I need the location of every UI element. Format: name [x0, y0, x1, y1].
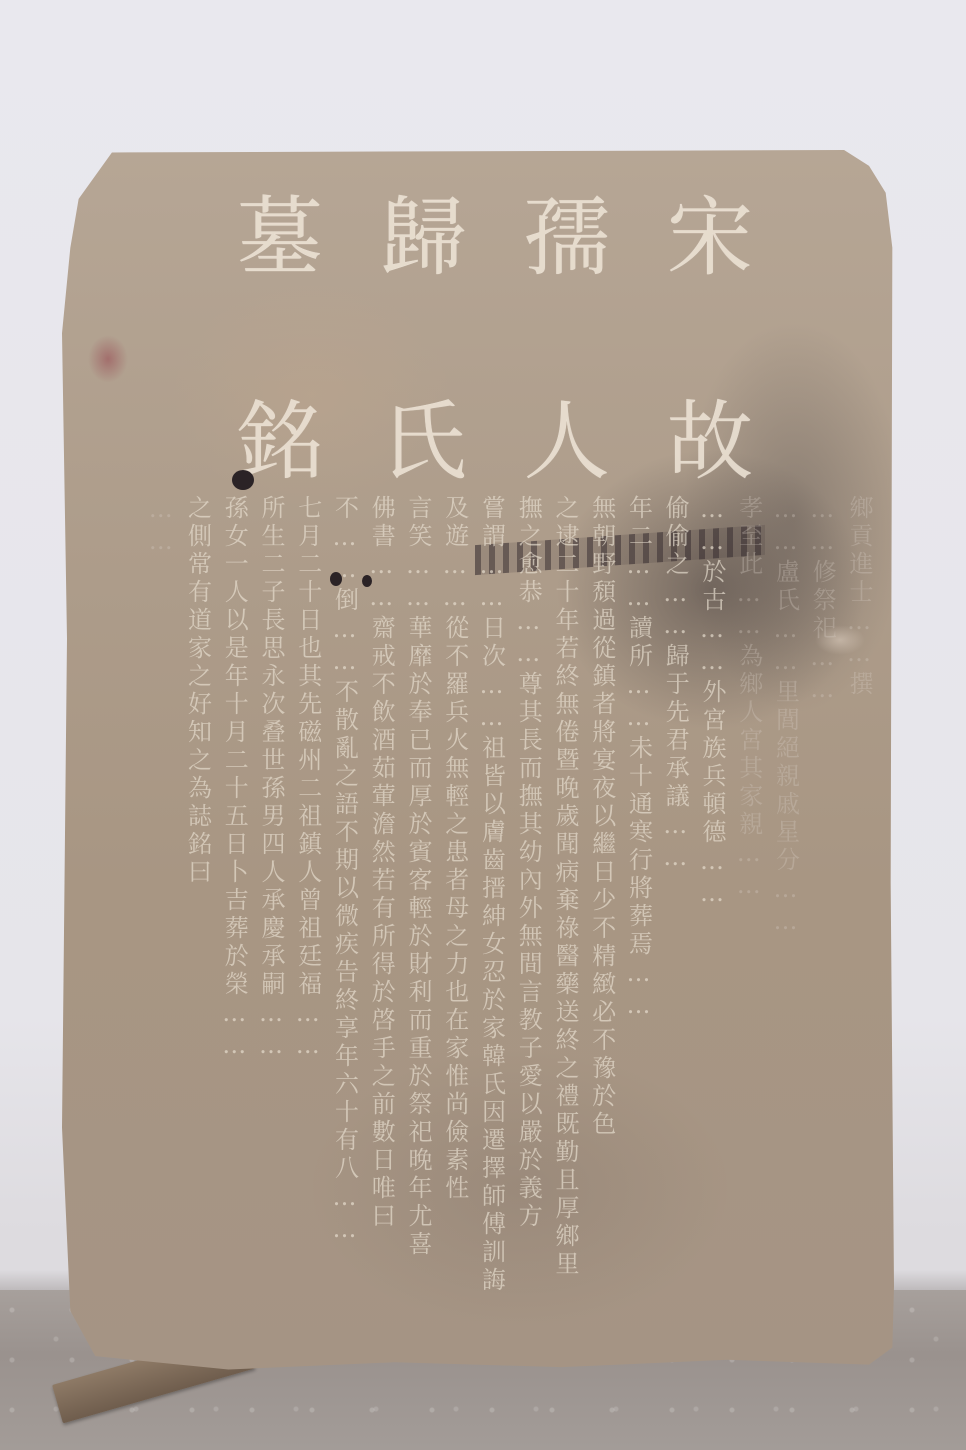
inscription-column: 言笑……華靡於奉已而厚於賓客輕於財利而重於祭祀晚年尤喜 [397, 495, 434, 1295]
inscription-column: 孫女一人以是年十月二十五日卜吉葬於榮…… [214, 495, 251, 1295]
title-column-2: 孺 人 [512, 195, 622, 485]
title-char: 故 [667, 399, 753, 485]
title-char: 墓 [237, 195, 323, 281]
inscription-column: 不……倒……不散亂之語不期以微疾告終享年六十有八…… [324, 495, 361, 1295]
title-char: 孺 [524, 195, 610, 281]
inscription-column: ……盧氏……里閭絕親戚星分…… [765, 495, 802, 1295]
ink-spot-1 [330, 572, 342, 586]
inscription-column: 鄉貢進士……撰 [838, 495, 875, 1295]
inscription-column: ……於古……外宮族兵頓德…… [691, 495, 728, 1295]
inscription-column: 年二……讀所……未十通寒行將葬焉…… [618, 495, 655, 1295]
inscription-column: 之逮二十年若終無倦暨晚歲聞病棄祿醫藥送終之禮既勤且厚鄉里 [544, 495, 581, 1295]
inscription-body: 鄉貢進士……撰……修祭祀…………盧氏……里閭絕親戚星分……孝至此……為鄉人宮其家… [140, 495, 875, 1295]
inscription-column: 所生二子長思永次叠世孫男四人承慶承嗣…… [250, 495, 287, 1295]
red-pigment-mark [88, 335, 128, 383]
title-column-1: 宋 故 [655, 195, 765, 485]
ink-spot-2 [362, 575, 372, 587]
inscription-column: 七月二十日也其先磁州二祖鎮人曾祖廷福…… [287, 495, 324, 1295]
title-char: 歸 [380, 195, 466, 281]
title-char: 宋 [667, 195, 753, 281]
ink-spot-3 [232, 470, 254, 490]
inscription-column: 無朝野頹過從鎮者將宴夜以繼日少不精緻必不豫於色 [581, 495, 618, 1295]
inscription-column: 孝至此……為鄉人宮其家親…… [728, 495, 765, 1295]
inscription-column: ……修祭祀…… [802, 495, 839, 1295]
title-char: 氏 [380, 399, 466, 485]
inscription-column: 嘗謂……日次……祖皆以膚齒搢紳女忍於家韓氏因遷擇師傅訓誨 [471, 495, 508, 1295]
inscription-column: 佛書……齋戒不飲酒茹葷澹然若有所得於啓手之前數日唯曰 [361, 495, 398, 1295]
inscription-column: 之側常有道家之好知之為誌銘曰 [177, 495, 214, 1295]
title-column-4: 墓 銘 [225, 195, 335, 485]
inscription-column: 及遊……從不羅兵火無輕之患者母之力也在家惟尚儉素性 [434, 495, 471, 1295]
title-column-3: 歸 氏 [368, 195, 478, 485]
inscription-column: 撫之愈恭……尊其長而撫其幼內外無間言教子愛以嚴於義方 [508, 495, 545, 1295]
title-char: 人 [524, 399, 610, 485]
inscription-column: …… [140, 495, 177, 1295]
seal-script-title: 宋 故 孺 人 歸 氏 墓 銘 [225, 195, 765, 505]
inscription-column: 偷偷之……歸于先君承議…… [655, 495, 692, 1295]
